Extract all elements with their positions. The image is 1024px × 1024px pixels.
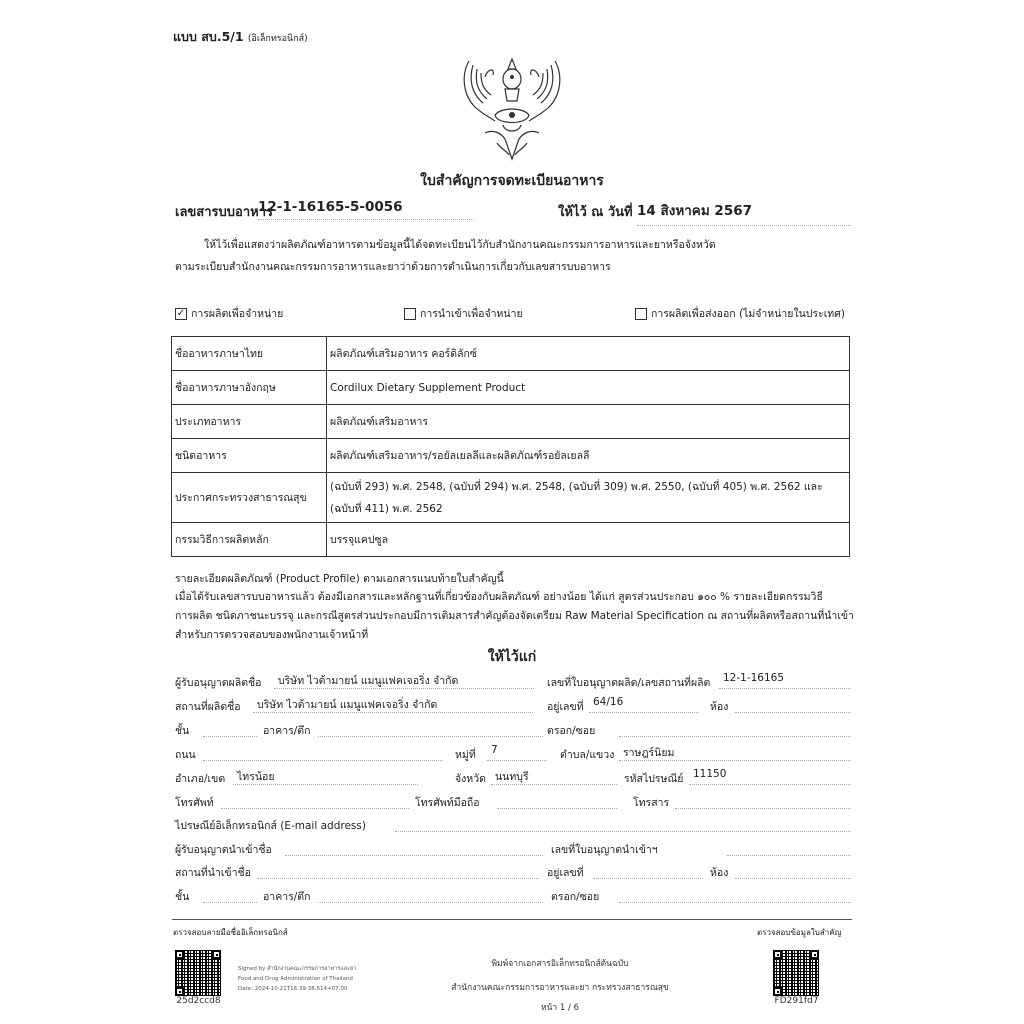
email-row: ไปรษณีย์อิเล็กทรอนิกส์ (E-mail address) xyxy=(175,815,851,835)
import-alley-label: ตรอก/ซอย xyxy=(551,888,599,905)
row-value: ผลิตภัณฑ์เสริมอาหาร xyxy=(327,405,850,439)
mobile-field xyxy=(497,792,617,809)
notes-line-1: รายละเอียดผลิตภัณฑ์ (Product Profile) ตา… xyxy=(175,570,504,587)
notes-line-3: การผลิต ชนิดภาชนะบรรจุ และกรณีสูตรส่วนปร… xyxy=(175,607,854,624)
house-no-label: อยู่เลขที่ xyxy=(547,698,584,715)
road-label: ถนน xyxy=(175,746,196,763)
footer-divider xyxy=(172,919,852,920)
phone-field xyxy=(221,792,409,809)
signature-qr-block[interactable]: 25d2ccd8 xyxy=(175,950,222,1006)
notes-line-2: เมื่อได้รับเลขสารบบอาหารแล้ว ต้องมีเอกสา… xyxy=(175,588,823,605)
floor-row: ชั้น อาคาร/ตึก ตรอก/ซอย xyxy=(175,720,851,740)
import-floor-row: ชั้น อาคาร/ตึก ตรอก/ซอย xyxy=(175,886,851,906)
verify-certificate-label: ตรวจสอบข้อมูลใบสำคัญ xyxy=(757,926,841,939)
purpose-option-export: การผลิตเพื่อส่งออก (ไม่จำหน่ายในประเทศ) xyxy=(635,305,845,322)
signature-info: Signed by สำนักงานคณะกรรมการอาหารและยา F… xyxy=(238,964,356,994)
import-house-no-field xyxy=(593,862,703,879)
row-label: ประเภทอาหาร xyxy=(172,405,327,439)
import-room-field xyxy=(735,862,851,879)
import-alley-field xyxy=(619,886,851,903)
email-field xyxy=(395,815,851,832)
import-site-label: สถานที่นำเข้าชื่อ xyxy=(175,864,251,881)
table-row: ประเภทอาหาร ผลิตภัณฑ์เสริมอาหาร xyxy=(172,405,850,439)
room-field xyxy=(735,696,851,713)
issued-date: 14 สิงหาคม 2567 xyxy=(637,199,851,226)
row-value: Cordilux Dietary Supplement Product xyxy=(327,371,850,405)
checkbox-checked-icon: ✓ xyxy=(175,308,187,320)
floor-field xyxy=(203,720,257,737)
room-label: ห้อง xyxy=(710,698,728,715)
intro-line-1: ให้ไว้เพื่อแสดงว่าผลิตภัณฑ์อาหารตามข้อมู… xyxy=(204,236,716,253)
site-field: บริษัท ไวต้ามายน์ แมนูแฟคเจอริ่ง จำกัด xyxy=(253,696,533,713)
importer-row: ผู้รับอนุญาตนำเข้าชื่อ เลขที่ใบอนุญาตนำเ… xyxy=(175,839,851,859)
manufacturer-field: บริษัท ไวต้ามายน์ แมนูแฟคเจอริ่ง จำกัด xyxy=(274,672,534,689)
import-license-label: เลขที่ใบอนุญาตนำเข้าฯ xyxy=(551,841,658,858)
road-row: ถนน หมู่ที่ 7 ตำบล/แขวง ราษฎร์นิยม xyxy=(175,744,851,764)
phone-row: โทรศัพท์ โทรศัพท์มือถือ โทรสาร xyxy=(175,792,851,812)
road-field xyxy=(203,744,443,761)
import-site-row: สถานที่นำเข้าชื่อ อยู่เลขที่ ห้อง xyxy=(175,862,851,882)
import-license-field xyxy=(727,839,851,856)
alley-field xyxy=(619,720,851,737)
postcode-label: รหัสไปรษณีย์ xyxy=(624,770,683,787)
purpose-option-label: การผลิตเพื่อส่งออก (ไม่จำหน่ายในประเทศ) xyxy=(651,305,845,322)
product-info-table: ชื่ออาหารภาษาไทย ผลิตภัณฑ์เสริมอาหาร คอร… xyxy=(171,336,850,557)
row-value: (ฉบับที่ 293) พ.ศ. 2548, (ฉบับที่ 294) พ… xyxy=(327,473,850,523)
phone-label: โทรศัพท์ xyxy=(175,794,214,811)
license-field: 12-1-16165 xyxy=(719,672,851,689)
import-floor-field xyxy=(203,886,257,903)
manufacturer-row: ผู้รับอนุญาตผลิตชื่อ บริษัท ไวต้ามายน์ แ… xyxy=(175,672,851,692)
form-code: แบบ สบ.5/1 (อิเล็กทรอนิกส์) xyxy=(173,27,308,47)
registration-number: 12-1-16165-5-0056 xyxy=(258,199,474,220)
row-label: ชื่ออาหารภาษาอังกฤษ xyxy=(172,371,327,405)
importer-field xyxy=(285,839,543,856)
purpose-option-manufacture: ✓ การผลิตเพื่อจำหน่าย xyxy=(175,305,283,322)
given-to-heading: ให้ไว้แก่ xyxy=(0,646,1024,668)
license-label: เลขที่ใบอนุญาตผลิต/เลขสถานที่ผลิต xyxy=(547,674,710,691)
table-row: ชื่ออาหารภาษาไทย ผลิตภัณฑ์เสริมอาหาร คอร… xyxy=(172,337,850,371)
import-house-no-label: อยู่เลขที่ xyxy=(547,864,584,881)
site-row: สถานที่ผลิตชื่อ บริษัท ไวต้ามายน์ แมนูแฟ… xyxy=(175,696,851,716)
house-no-field: 64/16 xyxy=(589,696,699,713)
site-label: สถานที่ผลิตชื่อ xyxy=(175,698,241,715)
row-value: บรรจุแคปซูล xyxy=(327,523,850,557)
signer-english: Food and Drug Administration of Thailand xyxy=(238,974,356,984)
row-label: กรรมวิธีการผลิตหลัก xyxy=(172,523,327,557)
page-title: ใบสำคัญการจดทะเบียนอาหาร xyxy=(0,170,1024,192)
floor-label: ชั้น xyxy=(175,722,189,739)
fax-label: โทรสาร xyxy=(633,794,669,811)
mobile-label: โทรศัพท์มือถือ xyxy=(415,794,480,811)
import-site-field xyxy=(257,862,539,879)
building-label: อาคาร/ตึก xyxy=(263,722,310,739)
agency-name: สำนักงานคณะกรรมการอาหารและยา กระทรวงสาธา… xyxy=(400,980,720,994)
purpose-option-label: การผลิตเพื่อจำหน่าย xyxy=(191,305,283,322)
table-row: กรรมวิธีการผลิตหลัก บรรจุแคปซูล xyxy=(172,523,850,557)
sign-date: Date: 2024-10-21T16:39:38.614+07:00 xyxy=(238,984,356,994)
import-room-label: ห้อง xyxy=(710,864,728,881)
district-label: อำเภอ/เขต xyxy=(175,770,225,787)
form-code-text: แบบ สบ.5/1 xyxy=(173,29,244,44)
row-value: ผลิตภัณฑ์เสริมอาหาร คอร์ดิลักซ์ xyxy=(327,337,850,371)
district-field: ไทรน้อย xyxy=(233,768,418,785)
manufacturer-label: ผู้รับอนุญาตผลิตชื่อ xyxy=(175,674,261,691)
checkbox-empty-icon xyxy=(635,308,647,320)
garuda-emblem-icon xyxy=(455,55,569,163)
building-field xyxy=(318,720,543,737)
table-row: ประกาศกระทรวงสาธารณสุข (ฉบับที่ 293) พ.ศ… xyxy=(172,473,850,523)
purpose-option-import: การนำเข้าเพื่อจำหน่าย xyxy=(404,305,523,322)
import-building-label: อาคาร/ตึก xyxy=(263,888,310,905)
row-label: ชื่ออาหารภาษาไทย xyxy=(172,337,327,371)
certificate-qr-code-icon[interactable] xyxy=(773,950,819,996)
intro-line-2: ตามระเบียบสำนักงานคณะกรรมการอาหารและยาว่… xyxy=(175,258,611,275)
table-row: ชนิดอาหาร ผลิตภัณฑ์เสริมอาหาร/รอยัลเยลลี… xyxy=(172,439,850,473)
moo-label: หมู่ที่ xyxy=(455,746,476,763)
district-row: อำเภอ/เขต ไทรน้อย จังหวัด นนทบุรี รหัสไป… xyxy=(175,768,851,788)
checkbox-empty-icon xyxy=(404,308,416,320)
issued-label: ให้ไว้ ณ วันที่ xyxy=(558,201,633,222)
subdistrict-field: ราษฎร์นิยม xyxy=(619,744,851,761)
import-floor-label: ชั้น xyxy=(175,888,189,905)
row-value: ผลิตภัณฑ์เสริมอาหาร/รอยัลเยลลีและผลิตภัณ… xyxy=(327,439,850,473)
table-row: ชื่ออาหารภาษาอังกฤษ Cordilux Dietary Sup… xyxy=(172,371,850,405)
signed-by: Signed by สำนักงานคณะกรรมการอาหารและยา xyxy=(238,964,356,974)
moo-field: 7 xyxy=(487,744,547,761)
page-number: หน้า 1 / 6 xyxy=(400,1000,720,1014)
postcode-field: 11150 xyxy=(689,768,851,785)
form-code-note: (อิเล็กทรอนิกส์) xyxy=(248,34,308,44)
province-label: จังหวัด xyxy=(455,770,486,787)
email-label: ไปรษณีย์อิเล็กทรอนิกส์ (E-mail address) xyxy=(175,817,366,834)
certificate-qr-id: FD291fd7 xyxy=(773,996,820,1006)
purpose-option-label: การนำเข้าเพื่อจำหน่าย xyxy=(420,305,523,322)
subdistrict-label: ตำบล/แขวง xyxy=(560,746,614,763)
fax-field xyxy=(675,792,851,809)
row-label: ชนิดอาหาร xyxy=(172,439,327,473)
printed-from: พิมพ์จากเอกสารอิเล็กทรอนิกส์ต้นฉบับ xyxy=(400,956,720,970)
importer-label: ผู้รับอนุญาตนำเข้าชื่อ xyxy=(175,841,272,858)
alley-label: ตรอก/ซอย xyxy=(547,722,595,739)
signature-qr-code-icon[interactable] xyxy=(175,950,221,996)
import-building-field xyxy=(318,886,543,903)
notes-line-4: สำหรับการตรวจสอบของพนักงานเจ้าหน้าที่ xyxy=(175,626,368,643)
verify-signature-label: ตรวจสอบลายมือชื่ออิเล็กทรอนิกส์ xyxy=(173,926,288,939)
row-label: ประกาศกระทรวงสาธารณสุข xyxy=(172,473,327,523)
province-field: นนทบุรี xyxy=(491,768,617,785)
signature-qr-id: 25d2ccd8 xyxy=(175,996,222,1006)
certificate-qr-block[interactable]: FD291fd7 xyxy=(773,950,820,1006)
